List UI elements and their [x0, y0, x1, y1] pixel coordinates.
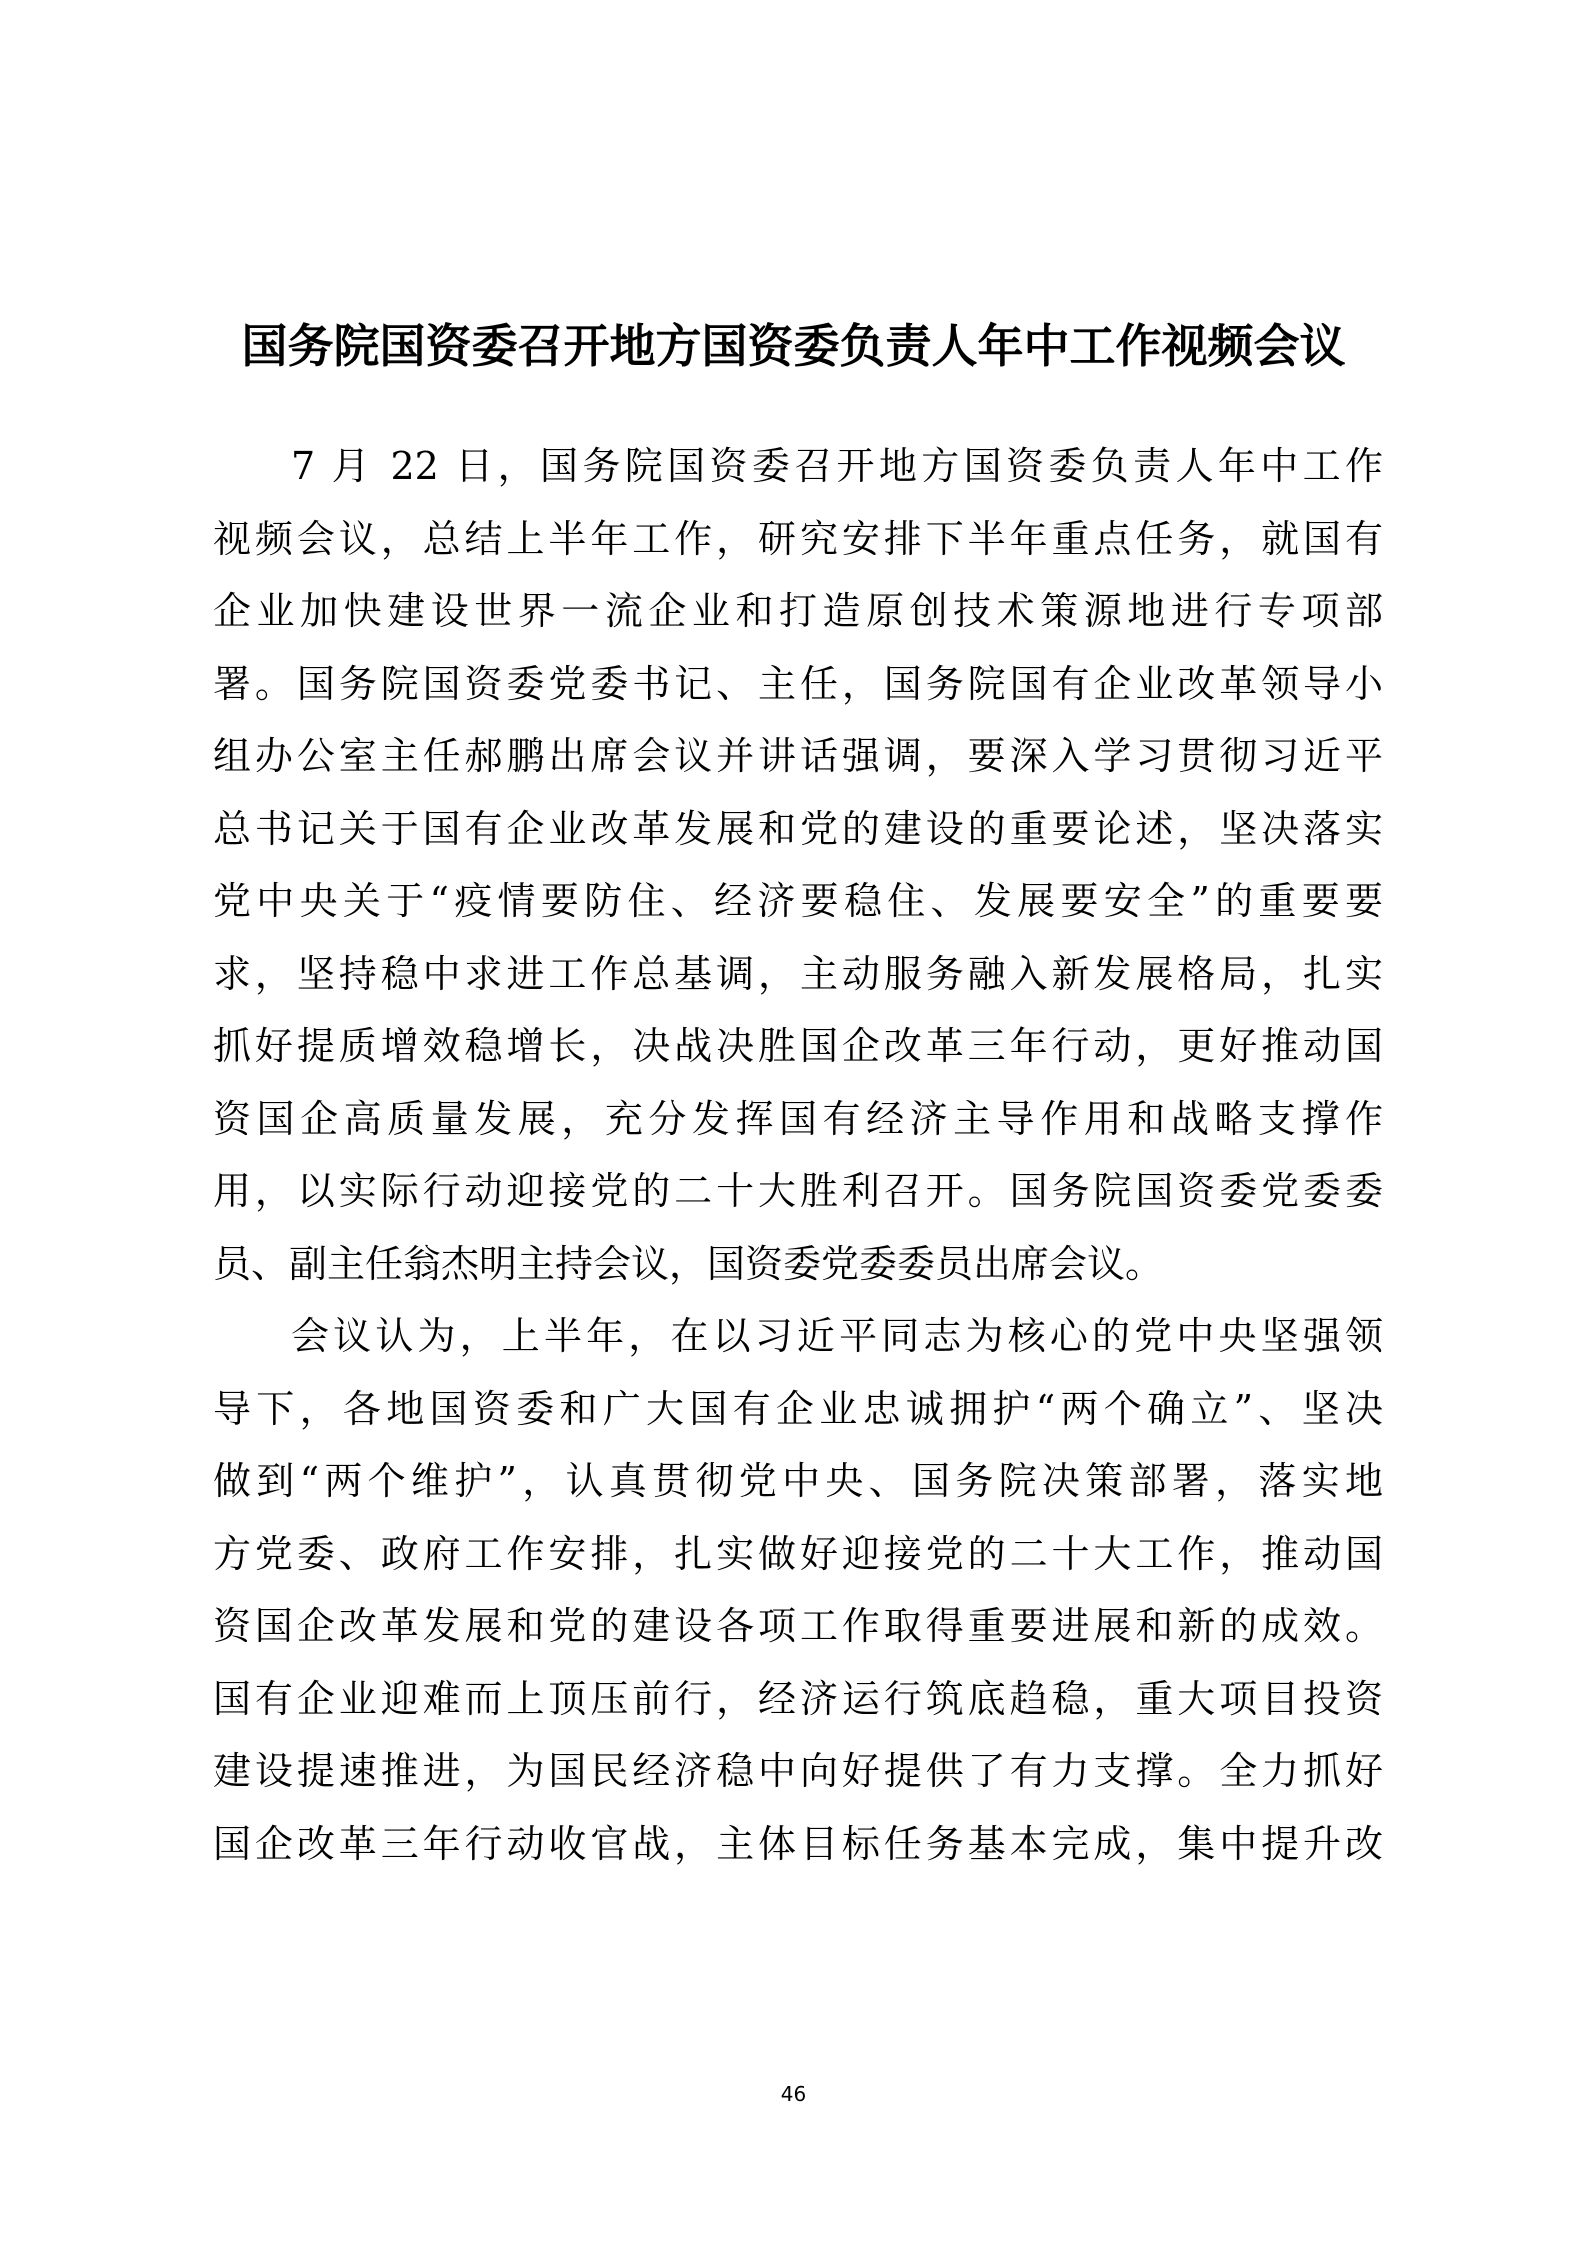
text-line: 企业加快建设世界一流企业和打造原创技术策源地进行专项部 [213, 575, 1383, 648]
text-line: 总书记关于国有企业改革发展和党的建设的重要论述，坚决落实 [213, 793, 1383, 866]
text-line: 署。国务院国资委党委书记、主任，国务院国有企业改革领导小 [213, 648, 1383, 721]
document-page: 国务院国资委召开地方国资委负责人年中工作视频会议 7 月 22 日，国务院国资委… [0, 0, 1587, 2245]
text-line: 国有企业迎难而上顶压前行，经济运行筑底趋稳，重大项目投资 [213, 1663, 1383, 1736]
paragraph-1: 7 月 22 日，国务院国资委召开地方国资委负责人年中工作 视频会议，总结上半年… [213, 430, 1383, 1300]
text-line: 资国企高质量发展，充分发挥国有经济主导作用和战略支撑作 [213, 1083, 1383, 1156]
paragraph-2: 会议认为，上半年，在以习近平同志为核心的党中央坚强领 导下，各地国资委和广大国有… [213, 1300, 1383, 1880]
page-number: 46 [0, 2082, 1587, 2106]
text-line: 求，坚持稳中求进工作总基调，主动服务融入新发展格局，扎实 [213, 938, 1383, 1011]
document-body: 7 月 22 日，国务院国资委召开地方国资委负责人年中工作 视频会议，总结上半年… [213, 430, 1383, 1880]
text-line: 党中央关于“疫情要防住、经济要稳住、发展要安全”的重要要 [213, 865, 1383, 938]
text-line: 用，以实际行动迎接党的二十大胜利召开。国务院国资委党委委 [213, 1155, 1383, 1228]
text-line: 建设提速推进，为国民经济稳中向好提供了有力支撑。全力抓好 [213, 1735, 1383, 1808]
text-line: 抓好提质增效稳增长，决战决胜国企改革三年行动，更好推动国 [213, 1010, 1383, 1083]
text-line: 导下，各地国资委和广大国有企业忠诚拥护“两个确立”、坚决 [213, 1373, 1383, 1446]
document-title: 国务院国资委召开地方国资委负责人年中工作视频会议 [0, 316, 1587, 376]
text-line: 组办公室主任郝鹏出席会议并讲话强调，要深入学习贯彻习近平 [213, 720, 1383, 793]
text-line: 会议认为，上半年，在以习近平同志为核心的党中央坚强领 [213, 1300, 1383, 1373]
text-line: 员、副主任翁杰明主持会议，国资委党委委员出席会议。 [213, 1228, 1383, 1301]
text-line: 视频会议，总结上半年工作，研究安排下半年重点任务，就国有 [213, 503, 1383, 576]
text-line: 7 月 22 日，国务院国资委召开地方国资委负责人年中工作 [213, 430, 1383, 503]
text-line: 国企改革三年行动收官战，主体目标任务基本完成，集中提升改 [213, 1808, 1383, 1881]
text-line: 方党委、政府工作安排，扎实做好迎接党的二十大工作，推动国 [213, 1518, 1383, 1591]
text-line: 资国企改革发展和党的建设各项工作取得重要进展和新的成效。 [213, 1590, 1383, 1663]
text-line: 做到“两个维护”，认真贯彻党中央、国务院决策部署，落实地 [213, 1445, 1383, 1518]
